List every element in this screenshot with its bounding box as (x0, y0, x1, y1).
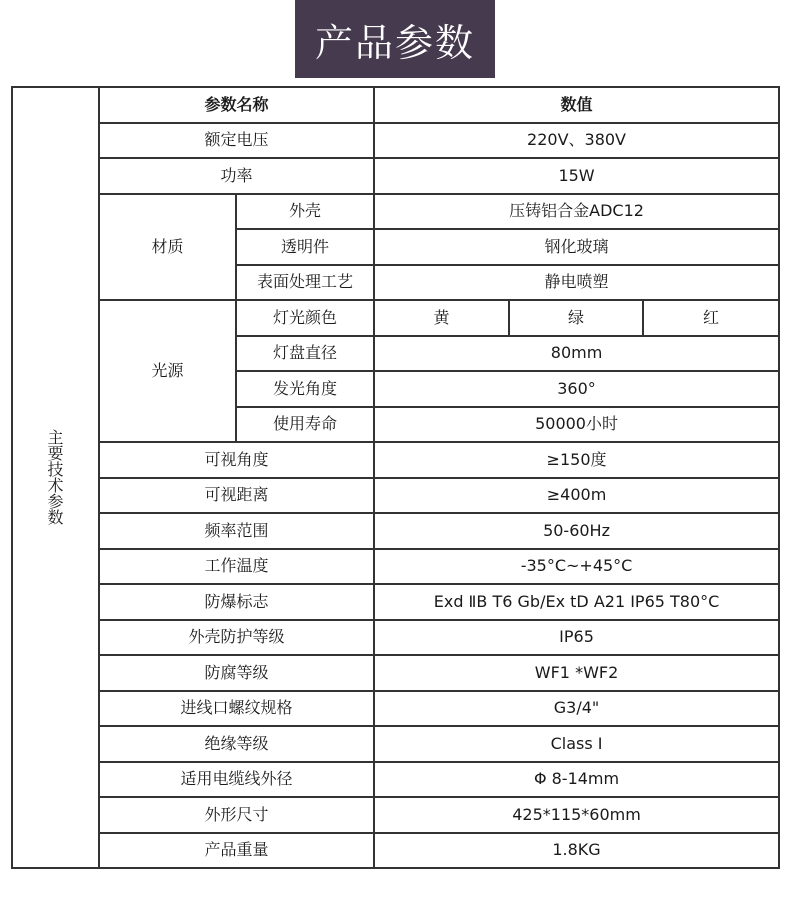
table-row: 可视角度 ≥150度 (12, 442, 779, 478)
param-value: Φ 8-14mm (374, 762, 779, 798)
param-value: 压铸铝合金ADC12 (374, 194, 779, 230)
param-label: 功率 (99, 158, 374, 194)
param-label: 外形尺寸 (99, 797, 374, 833)
table-row: 绝缘等级 Class Ⅰ (12, 726, 779, 762)
param-label: 防腐等级 (99, 655, 374, 691)
table-row: 适用电缆线外径 Φ 8-14mm (12, 762, 779, 798)
param-label: 额定电压 (99, 123, 374, 159)
param-value: Class Ⅰ (374, 726, 779, 762)
group-label-light-source: 光源 (99, 300, 236, 442)
table-row: 光源 灯光颜色 黄 绿 红 (12, 300, 779, 336)
param-value: -35°C~+45°C (374, 549, 779, 585)
header-param-name: 参数名称 (99, 87, 374, 123)
param-value: ≥150度 (374, 442, 779, 478)
table-row: 工作温度 -35°C~+45°C (12, 549, 779, 585)
side-label: 主 要 技 术 参 数 (12, 87, 99, 868)
table-row: 材质 外壳 压铸铝合金ADC12 (12, 194, 779, 230)
table-row: 防爆标志 Exd ⅡB T6 Gb/Ex tD A21 IP65 T80°C (12, 584, 779, 620)
param-value: G3/4" (374, 691, 779, 727)
param-label: 灯光颜色 (236, 300, 374, 336)
table-row: 功率 15W (12, 158, 779, 194)
param-value: 360° (374, 371, 779, 407)
param-value-green: 绿 (509, 300, 643, 336)
param-label: 产品重量 (99, 833, 374, 869)
param-label: 外壳防护等级 (99, 620, 374, 656)
param-value: 静电喷塑 (374, 265, 779, 301)
group-label-material: 材质 (99, 194, 236, 301)
param-value: 80mm (374, 336, 779, 372)
param-value: 1.8KG (374, 833, 779, 869)
param-label: 绝缘等级 (99, 726, 374, 762)
param-label: 透明件 (236, 229, 374, 265)
param-label: 使用寿命 (236, 407, 374, 443)
param-label: 工作温度 (99, 549, 374, 585)
param-value: 50000小时 (374, 407, 779, 443)
param-value: ≥400m (374, 478, 779, 514)
table-row: 可视距离 ≥400m (12, 478, 779, 514)
param-label: 频率范围 (99, 513, 374, 549)
table-row: 外形尺寸 425*115*60mm (12, 797, 779, 833)
table-row: 频率范围 50-60Hz (12, 513, 779, 549)
param-label: 防爆标志 (99, 584, 374, 620)
table-row: 进线口螺纹规格 G3/4" (12, 691, 779, 727)
param-label: 表面处理工艺 (236, 265, 374, 301)
param-label: 灯盘直径 (236, 336, 374, 372)
param-value: 50-60Hz (374, 513, 779, 549)
param-value: 钢化玻璃 (374, 229, 779, 265)
table-row: 防腐等级 WF1 *WF2 (12, 655, 779, 691)
param-value: 425*115*60mm (374, 797, 779, 833)
param-label: 适用电缆线外径 (99, 762, 374, 798)
param-label: 可视角度 (99, 442, 374, 478)
param-value-red: 红 (643, 300, 779, 336)
param-value: WF1 *WF2 (374, 655, 779, 691)
spec-table: 主 要 技 术 参 数 参数名称 数值 额定电压 220V、380V 功率 15… (11, 86, 780, 869)
page-title: 产品参数 (295, 0, 495, 78)
param-value: IP65 (374, 620, 779, 656)
header-value: 数值 (374, 87, 779, 123)
param-label: 进线口螺纹规格 (99, 691, 374, 727)
param-label: 发光角度 (236, 371, 374, 407)
table-row: 产品重量 1.8KG (12, 833, 779, 869)
table-header-row: 主 要 技 术 参 数 参数名称 数值 (12, 87, 779, 123)
table-row: 外壳防护等级 IP65 (12, 620, 779, 656)
param-value: 220V、380V (374, 123, 779, 159)
param-value: Exd ⅡB T6 Gb/Ex tD A21 IP65 T80°C (374, 584, 779, 620)
side-label-char: 数 (13, 510, 98, 526)
table-row: 额定电压 220V、380V (12, 123, 779, 159)
param-label: 外壳 (236, 194, 374, 230)
param-label: 可视距离 (99, 478, 374, 514)
param-value-yellow: 黄 (374, 300, 509, 336)
param-value: 15W (374, 158, 779, 194)
